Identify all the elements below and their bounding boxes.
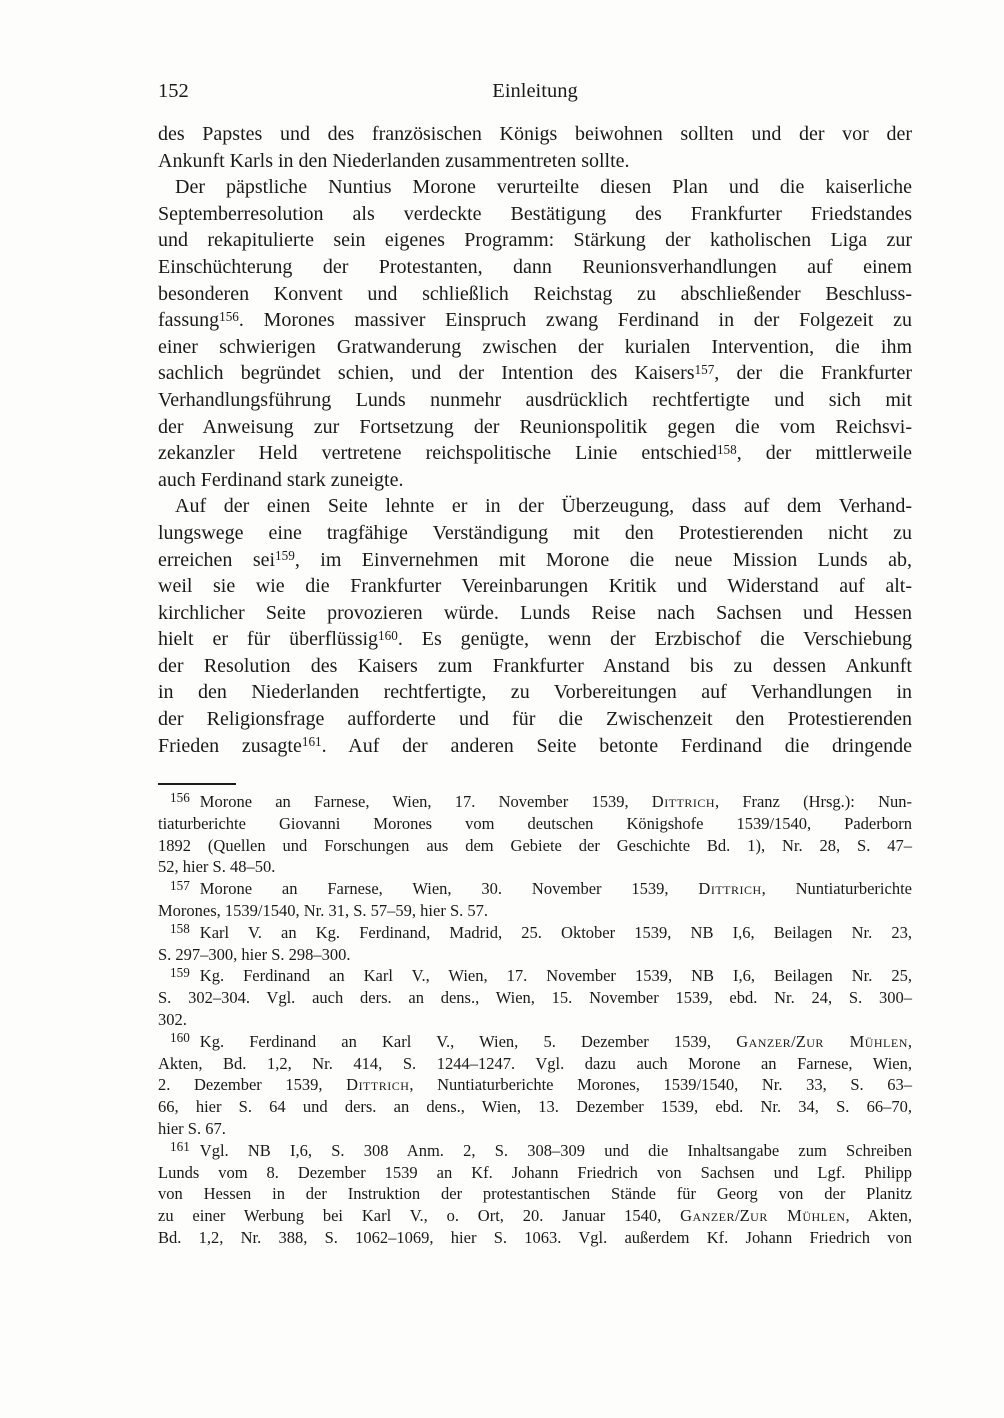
running-title: Einleitung xyxy=(158,79,912,103)
text-line: weil sie wie die Frankfurter Vereinbarun… xyxy=(158,573,912,600)
footnotes: 156Morone an Farnese, Wien, 17. November… xyxy=(158,791,912,1249)
footnote-reference: 160 xyxy=(378,628,398,643)
text-run: weil sie wie die Frankfurter Vereinbarun… xyxy=(158,575,912,597)
small-caps-name: Dittrich xyxy=(698,879,761,898)
small-caps-name: Ganzer xyxy=(736,1032,791,1051)
text-run: lungswege eine tragfähige Verständigung … xyxy=(158,522,912,544)
text-run: 302. xyxy=(158,1010,187,1029)
footnote-line: von Hessen in der Instruktion der protes… xyxy=(158,1183,912,1205)
text-run: , der die Frankfurter xyxy=(714,362,912,384)
text-line: Septemberresolution als verdeckte Bestät… xyxy=(158,201,912,228)
footnote-line: S. 297–300, hier S. 298–300. xyxy=(158,944,912,966)
body-text: des Papstes und des französischen Königs… xyxy=(158,121,912,759)
footnote-line: 156Morone an Farnese, Wien, 17. November… xyxy=(158,791,912,813)
footnote-line: 159Kg. Ferdinand an Karl V., Wien, 17. N… xyxy=(158,965,912,987)
footnote-reference: 156 xyxy=(219,309,239,324)
text-run: , im Einvernehmen mit Morone die neue Mi… xyxy=(295,549,912,571)
text-run: S. 297–300, hier S. 298–300. xyxy=(158,945,351,964)
footnote: 156Morone an Farnese, Wien, 17. November… xyxy=(158,791,912,878)
text-run: einer schwierigen Gratwanderung zwischen… xyxy=(158,336,912,358)
text-run: , Akten, xyxy=(845,1206,912,1225)
text-line: der Anweisung zur Fortsetzung der Reunio… xyxy=(158,414,912,441)
text-line: auch Ferdinand stark zuneigte. xyxy=(158,467,912,494)
text-run: und rekapitulierte sein eigenes Programm… xyxy=(158,229,912,251)
footnote-reference: 157 xyxy=(695,362,715,377)
text-run: Verhandlungsführung Lunds nunmehr ausdrü… xyxy=(158,389,912,411)
book-page: 152 Einleitung des Papstes und des franz… xyxy=(0,0,1004,1418)
text-line: Einschüchterung der Protestanten, dann R… xyxy=(158,254,912,281)
text-line: Frieden zusagte161. Auf der anderen Seit… xyxy=(158,733,912,760)
text-line: Auf der einen Seite lehnte er in der Übe… xyxy=(158,493,912,520)
footnote-number: 157 xyxy=(170,878,190,893)
text-line: einer schwierigen Gratwanderung zwischen… xyxy=(158,334,912,361)
text-line: des Papstes und des französischen Königs… xyxy=(158,121,912,148)
text-run: 1892 (Quellen und Forschungen aus dem Ge… xyxy=(158,836,912,855)
footnote-line: S. 302–304. Vgl. auch ders. an dens., Wi… xyxy=(158,987,912,1009)
footnote-line: 2. Dezember 1539, Dittrich, Nuntiaturber… xyxy=(158,1074,912,1096)
text-run: Kg. Ferdinand an Karl V., Wien, 17. Nove… xyxy=(200,966,912,985)
text-run: 52, hier S. 48–50. xyxy=(158,857,275,876)
footnote-reference: 159 xyxy=(275,548,295,563)
text-run: Akten, Bd. 1,2, Nr. 414, S. 1244–1247. V… xyxy=(158,1054,912,1073)
footnote: 161Vgl. NB I,6, S. 308 Anm. 2, S. 308–30… xyxy=(158,1140,912,1249)
text-run: der Resolution des Kaisers zum Frankfurt… xyxy=(158,655,912,677)
text-run: Ankunft Karls in den Niederlanden zusamm… xyxy=(158,150,630,172)
footnote-line: Lunds vom 8. Dezember 1539 an Kf. Johann… xyxy=(158,1162,912,1184)
text-line: der Religionsfrage aufforderte und für d… xyxy=(158,706,912,733)
footnote-line: hier S. 67. xyxy=(158,1118,912,1140)
footnote-line: 302. xyxy=(158,1009,912,1031)
footnote-line: 1892 (Quellen und Forschungen aus dem Ge… xyxy=(158,835,912,857)
text-line: fassung156. Morones massiver Einspruch z… xyxy=(158,307,912,334)
small-caps-name: Dittrich xyxy=(652,792,715,811)
text-run: Frieden zusagte xyxy=(158,735,302,757)
text-line: erreichen sei159, im Einvernehmen mit Mo… xyxy=(158,547,912,574)
footnote-separator xyxy=(158,783,236,785)
text-run: sachlich begründet schien, und der Inten… xyxy=(158,362,695,384)
small-caps-name: Zur Mühlen xyxy=(796,1032,908,1051)
footnote-line: zu einer Werbung bei Karl V., o. Ort, 20… xyxy=(158,1205,912,1227)
text-line: zekanzler Held vertretene reichspolitisc… xyxy=(158,440,912,467)
footnote-number: 156 xyxy=(170,790,190,805)
footnote-line: 161Vgl. NB I,6, S. 308 Anm. 2, S. 308–30… xyxy=(158,1140,912,1162)
footnote-line: 158Karl V. an Kg. Ferdinand, Madrid, 25.… xyxy=(158,922,912,944)
text-line: sachlich begründet schien, und der Inten… xyxy=(158,360,912,387)
text-run: . Morones massiver Einspruch zwang Ferdi… xyxy=(239,309,912,331)
text-run: tiaturberichte Giovanni Morones vom deut… xyxy=(158,814,912,833)
footnote: 158Karl V. an Kg. Ferdinand, Madrid, 25.… xyxy=(158,922,912,966)
footnote-line: tiaturberichte Giovanni Morones vom deut… xyxy=(158,813,912,835)
text-run: fassung xyxy=(158,309,219,331)
text-run: 2. Dezember 1539, xyxy=(158,1075,346,1094)
small-caps-name: Ganzer xyxy=(680,1206,735,1225)
footnote-line: 52, hier S. 48–50. xyxy=(158,856,912,878)
text-run: . Auf der anderen Seite betonte Ferdinan… xyxy=(322,735,912,757)
footnote-number: 158 xyxy=(170,921,190,936)
footnote-reference: 158 xyxy=(717,442,737,457)
text-run: , der mittlerweile xyxy=(737,442,912,464)
text-line: hielt er für überflüssig160. Es genügte,… xyxy=(158,626,912,653)
text-run: des Papstes und des französischen Königs… xyxy=(158,123,912,145)
text-run: Lunds vom 8. Dezember 1539 an Kf. Johann… xyxy=(158,1163,912,1182)
text-run: Karl V. an Kg. Ferdinand, Madrid, 25. Ok… xyxy=(200,923,912,942)
text-run: Der päpstliche Nuntius Morone verurteilt… xyxy=(175,176,912,198)
page-header: 152 Einleitung xyxy=(158,79,912,103)
text-run: . Es genügte, wenn der Erzbischof die Ve… xyxy=(398,628,912,650)
text-run: Vgl. NB I,6, S. 308 Anm. 2, S. 308–309 u… xyxy=(200,1141,912,1160)
text-line: kirchlicher Seite provozieren würde. Lun… xyxy=(158,600,912,627)
paragraph: Auf der einen Seite lehnte er in der Übe… xyxy=(158,493,912,759)
footnote-line: 66, hier S. 64 und ders. an dens., Wien,… xyxy=(158,1096,912,1118)
text-run: besonderen Konvent und schließlich Reich… xyxy=(158,283,912,305)
small-caps-name: Dittrich xyxy=(346,1075,409,1094)
text-line: Verhandlungsführung Lunds nunmehr ausdrü… xyxy=(158,387,912,414)
text-run: von Hessen in der Instruktion der protes… xyxy=(158,1184,912,1203)
text-run: der Religionsfrage aufforderte und für d… xyxy=(158,708,912,730)
paragraph: Der päpstliche Nuntius Morone verurteilt… xyxy=(158,174,912,493)
text-run: hielt er für überflüssig xyxy=(158,628,378,650)
footnote-line: 157Morone an Farnese, Wien, 30. November… xyxy=(158,878,912,900)
text-run: Morone an Farnese, Wien, 30. November 15… xyxy=(200,879,699,898)
text-run: 66, hier S. 64 und ders. an dens., Wien,… xyxy=(158,1097,912,1116)
text-line: besonderen Konvent und schließlich Reich… xyxy=(158,281,912,308)
text-run: , xyxy=(908,1032,912,1051)
footnote-number: 160 xyxy=(170,1030,190,1045)
text-run: , Franz (Hrsg.): Nun- xyxy=(715,792,912,811)
text-run: S. 302–304. Vgl. auch ders. an dens., Wi… xyxy=(158,988,912,1007)
text-run: Bd. 1,2, Nr. 388, S. 1062–1069, hier S. … xyxy=(158,1228,912,1247)
text-run: Septemberresolution als verdeckte Bestät… xyxy=(158,203,912,225)
small-caps-name: Zur Mühlen xyxy=(740,1206,846,1225)
text-run: Morone an Farnese, Wien, 17. November 15… xyxy=(200,792,652,811)
footnote: 160Kg. Ferdinand an Karl V., Wien, 5. De… xyxy=(158,1031,912,1140)
footnote-reference: 161 xyxy=(302,734,322,749)
text-run: Auf der einen Seite lehnte er in der Übe… xyxy=(175,495,912,517)
footnote-line: 160Kg. Ferdinand an Karl V., Wien, 5. De… xyxy=(158,1031,912,1053)
text-run: , Nuntiaturberichte xyxy=(762,879,912,898)
text-run: erreichen sei xyxy=(158,549,275,571)
text-run: hier S. 67. xyxy=(158,1119,226,1138)
footnote-number: 161 xyxy=(170,1139,190,1154)
text-run: Kg. Ferdinand an Karl V., Wien, 5. Dezem… xyxy=(200,1032,736,1051)
text-run: in den Niederlanden rechtfertigte, zu Vo… xyxy=(158,681,912,703)
text-line: und rekapitulierte sein eigenes Programm… xyxy=(158,227,912,254)
text-line: der Resolution des Kaisers zum Frankfurt… xyxy=(158,653,912,680)
text-run: auch Ferdinand stark zuneigte. xyxy=(158,469,403,491)
footnote-number: 159 xyxy=(170,965,190,980)
footnote-line: Akten, Bd. 1,2, Nr. 414, S. 1244–1247. V… xyxy=(158,1053,912,1075)
footnote-line: Bd. 1,2, Nr. 388, S. 1062–1069, hier S. … xyxy=(158,1227,912,1249)
text-run: Einschüchterung der Protestanten, dann R… xyxy=(158,256,912,278)
text-run: zekanzler Held vertretene reichspolitisc… xyxy=(158,442,717,464)
text-run: , Nuntiaturberichte Morones, 1539/1540, … xyxy=(409,1075,912,1094)
text-run: kirchlicher Seite provozieren würde. Lun… xyxy=(158,602,912,624)
text-line: lungswege eine tragfähige Verständigung … xyxy=(158,520,912,547)
text-line: Der päpstliche Nuntius Morone verurteilt… xyxy=(158,174,912,201)
footnote: 157Morone an Farnese, Wien, 30. November… xyxy=(158,878,912,922)
text-line: Ankunft Karls in den Niederlanden zusamm… xyxy=(158,148,912,175)
text-run: der Anweisung zur Fortsetzung der Reunio… xyxy=(158,416,912,438)
text-run: Morones, 1539/1540, Nr. 31, S. 57–59, hi… xyxy=(158,901,488,920)
text-run: zu einer Werbung bei Karl V., o. Ort, 20… xyxy=(158,1206,680,1225)
text-line: in den Niederlanden rechtfertigte, zu Vo… xyxy=(158,679,912,706)
footnote: 159Kg. Ferdinand an Karl V., Wien, 17. N… xyxy=(158,965,912,1030)
paragraph: des Papstes und des französischen Königs… xyxy=(158,121,912,174)
footnote-line: Morones, 1539/1540, Nr. 31, S. 57–59, hi… xyxy=(158,900,912,922)
